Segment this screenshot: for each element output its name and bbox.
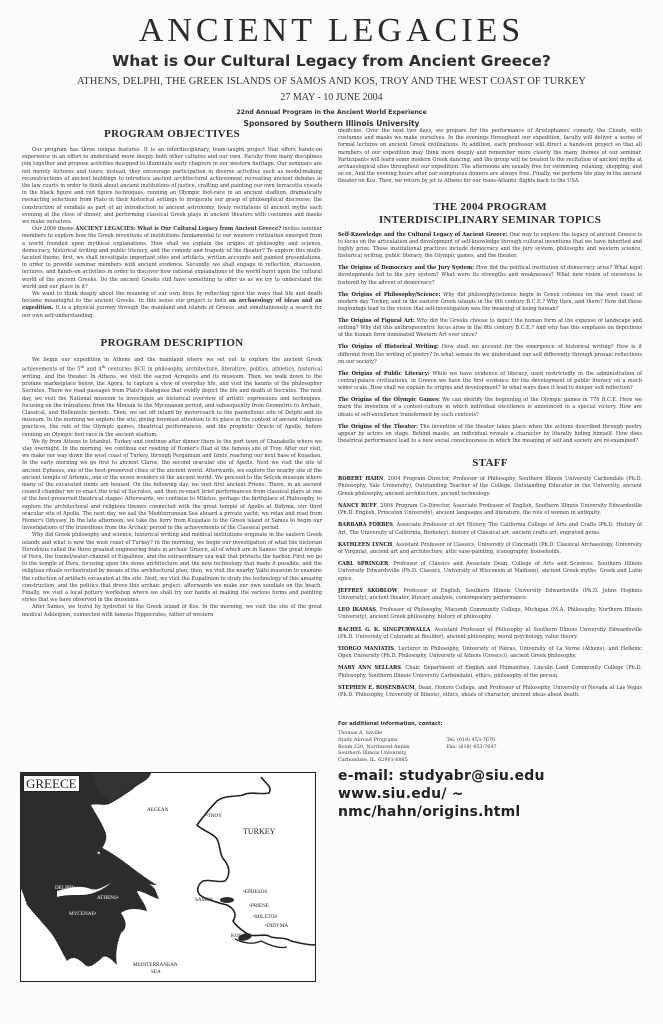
description-heading: PROGRAM DESCRIPTION [22, 337, 322, 350]
description-paragraph-2: We fly from Athens to Istanbul, Turkey a… [22, 439, 322, 533]
staff-member: BARBARA FORBES, Associate Professor of A… [338, 522, 642, 536]
staff-name: STEPHEN E. ROSENBAUM [338, 685, 415, 691]
topic-item: The Origins of Figural Art: Why did the … [338, 318, 642, 340]
map-title: GREECE [23, 775, 80, 792]
staff-bio: , 2004 Program Director, Professor of Ph… [338, 476, 642, 496]
topics-heading: THE 2004 PROGRAM INTERDISCIPLINARY SEMIN… [338, 201, 642, 227]
staff-member: YIORGO MANIATIS, Lecturer in Philosophy,… [338, 646, 642, 660]
desc-p1-c: centuries BCE in philosophy, architectur… [22, 367, 322, 438]
topics-list: Self-Knowledge and the Cultural Legacy o… [338, 232, 642, 446]
contact-fax: Fax: (618) 453-7647 [446, 744, 496, 751]
description-paragraph-5: medicine. Over the next two days, we pre… [338, 128, 642, 186]
objectives-p2-rest: invites seminar members to explore how t… [22, 226, 322, 290]
topic-title: The Origins of the Theater: [338, 424, 418, 430]
staff-name: LEO IKAMAS [338, 607, 376, 613]
map-label-sea: SEA [151, 969, 161, 975]
topic-title: The Origins of the Olympic Games: [338, 397, 440, 403]
topic-item: The Origins of the Theater: The inventio… [338, 424, 642, 446]
contact-email[interactable]: e-mail: studyabr@siu.edu [338, 767, 642, 785]
topics-heading-line-2: INTERDISCIPLINARY SEMINAR TOPICS [379, 214, 601, 226]
sponsor-line: Sponsored by Southern Illinois Universit… [0, 119, 663, 128]
topic-title: The Origins of Philosophy/Science: [338, 292, 440, 298]
staff-member: CARL SPRINGER, Professor of Classics and… [338, 561, 642, 583]
objectives-paragraph-2: Our 2004 theme ANCIENT LEGACIES: What is… [22, 226, 322, 291]
staff-member: STEPHEN E. ROSENBAUM, Dean, Honors Colle… [338, 685, 642, 699]
staff-heading: STAFF [338, 457, 642, 470]
topic-item: The Origins of Public Literacy: While we… [338, 371, 642, 393]
objectives-paragraph-1: Our program has three unique features. I… [22, 147, 322, 226]
document-subtitle: What is Our Cultural Legacy from Ancient… [0, 51, 663, 71]
topic-title: The Origins of Historical Writing: [338, 344, 439, 350]
map-label-samos: SAMOS [195, 897, 213, 903]
desc-p1-b: and 4 [84, 367, 101, 373]
staff-name: ROBERT HAHN [338, 476, 383, 482]
description-paragraph-4: After Samos, we travel by hydrofoil to t… [22, 604, 322, 618]
contact-name: Thomas A. Saville [338, 730, 409, 737]
map-label-mediterranean: MEDITERRANEAN [133, 962, 178, 968]
document-title: ANCIENT LEGACIES [0, 12, 663, 50]
document-header: ANCIENT LEGACIES What is Our Cultural Le… [0, 12, 663, 128]
staff-member: KATHLEEN LYNCH, Assistant Professor of C… [338, 542, 642, 556]
staff-name: BARBARA FORBES [338, 522, 393, 528]
staff-bio: , 2004 Program Co-Director, Associate Pr… [338, 503, 642, 516]
annual-program-line: 22nd Annual Program in the Ancient World… [0, 109, 663, 116]
contact-website[interactable]: www.siu.edu/ ~ nmc/hahn/origins.html [338, 785, 642, 821]
staff-bio: , Professor of Philosophy, Macomb Commun… [338, 607, 642, 620]
description-paragraph-3: Why did Greek philosophy and science, hi… [22, 532, 322, 604]
staff-member: ROBERT HAHN, 2004 Program Director, Prof… [338, 476, 642, 498]
staff-name: MARY ANN SELLARS [338, 665, 401, 671]
staff-name: YIORGO MANIATIS [338, 646, 394, 652]
staff-list: ROBERT HAHN, 2004 Program Director, Prof… [338, 476, 642, 699]
topic-title: Self-Knowledge and the Cultural Legacy o… [338, 232, 508, 238]
left-column: PROGRAM OBJECTIVES Our program has three… [22, 128, 322, 619]
staff-name: CARL SPRINGER [338, 561, 388, 567]
topic-item: The Origins of the Olympic Games: We can… [338, 397, 642, 419]
map-label-ephesos: •EPHESOS [243, 889, 267, 895]
map-label-troy: •TROY [206, 813, 222, 819]
contact-office: Study Abroad Programs [338, 737, 409, 744]
contact-address: Thomas A. Saville Study Abroad Programs … [338, 730, 409, 764]
map-landmass-graphic [21, 773, 316, 982]
objectives-p2-lead: Our 2004 theme [32, 226, 76, 232]
description-paragraph-1: We begin our expedition in Athens and th… [22, 357, 322, 439]
staff-member: LEO IKAMAS, Professor of Philosophy, Mac… [338, 607, 642, 621]
map-label-delphi: DELPHI• [55, 885, 75, 891]
contact-room: Room 220, Northwest Annex [338, 744, 409, 751]
contact-university: Southern Illinois University [338, 750, 409, 757]
contact-block: For additional information, contact: Tho… [338, 721, 642, 821]
program-dates: 27 MAY - 10 JUNE 2004 [0, 92, 663, 103]
right-column: medicine. Over the next two days, we pre… [338, 128, 642, 821]
topic-item: The Origins of Philosophy/Science: Why d… [338, 292, 642, 314]
contact-details: Thomas A. Saville Study Abroad Programs … [338, 730, 642, 764]
topic-item: The Origins of Historical Writing: How s… [338, 344, 642, 366]
topic-item: The Origins of Democracy and the Jury Sy… [338, 265, 642, 287]
staff-member: MARY ANN SELLARS, Chair, Department of E… [338, 665, 642, 679]
map-label-didyma: •DIDYMA [265, 923, 288, 929]
contact-heading: For additional information, contact: [338, 721, 642, 727]
map-label-athens: ATHENS• [97, 895, 119, 901]
topic-title: The Origins of Democracy and the Jury Sy… [338, 265, 474, 271]
map-label-miletos: •MILETOS [253, 914, 277, 920]
topic-item: Self-Knowledge and the Cultural Legacy o… [338, 232, 642, 261]
map-label-mycenae: MYCENAE• [69, 911, 96, 917]
objectives-p3-rest: It is a physical journey through the mai… [22, 305, 322, 318]
objectives-paragraph-3: We want to think deeply about the meanin… [22, 291, 322, 320]
staff-member: NANCY RUFF, 2004 Program Co-Director, As… [338, 503, 642, 517]
staff-name: RACHEL G. K. SINGPURWALLA [338, 627, 430, 633]
staff-name: NANCY RUFF [338, 503, 377, 509]
map-label-priene: •PRIENE [249, 903, 269, 909]
contact-tel: Tel. (618) 453-7670 [446, 737, 496, 744]
objectives-heading: PROGRAM OBJECTIVES [22, 128, 322, 141]
staff-name: JEFFREY SKOBLOW [338, 588, 398, 594]
topics-heading-line-1: THE 2004 PROGRAM [433, 201, 547, 213]
topic-title: The Origins of Figural Art: [338, 318, 415, 324]
objectives-theme: ANCIENT LEGACIES: What is Our Cultural L… [76, 226, 282, 232]
staff-member: JEFFREY SKOBLOW, Professor of English, S… [338, 588, 642, 602]
contact-city: Carbondale, IL. 62901-6885 [338, 757, 409, 764]
topic-title: The Origins of Public Literacy: [338, 371, 430, 377]
contact-phones: Tel. (618) 453-7670 Fax: (618) 453-7647 [446, 737, 496, 764]
greece-map: GREECE AEGEAN •TROY TURKEY DELPHI• ATHEN… [20, 772, 316, 982]
map-label-turkey: TURKEY [243, 827, 275, 836]
staff-name: KATHLEEN LYNCH [338, 542, 392, 548]
destinations-line: ATHENS, DELPHI, THE GREEK ISLANDS OF SAM… [0, 76, 663, 87]
map-label-kos: KOS [231, 933, 241, 939]
map-label-aegean: AEGEAN [147, 807, 168, 813]
staff-member: RACHEL G. K. SINGPURWALLA, Assistant Pro… [338, 627, 642, 641]
